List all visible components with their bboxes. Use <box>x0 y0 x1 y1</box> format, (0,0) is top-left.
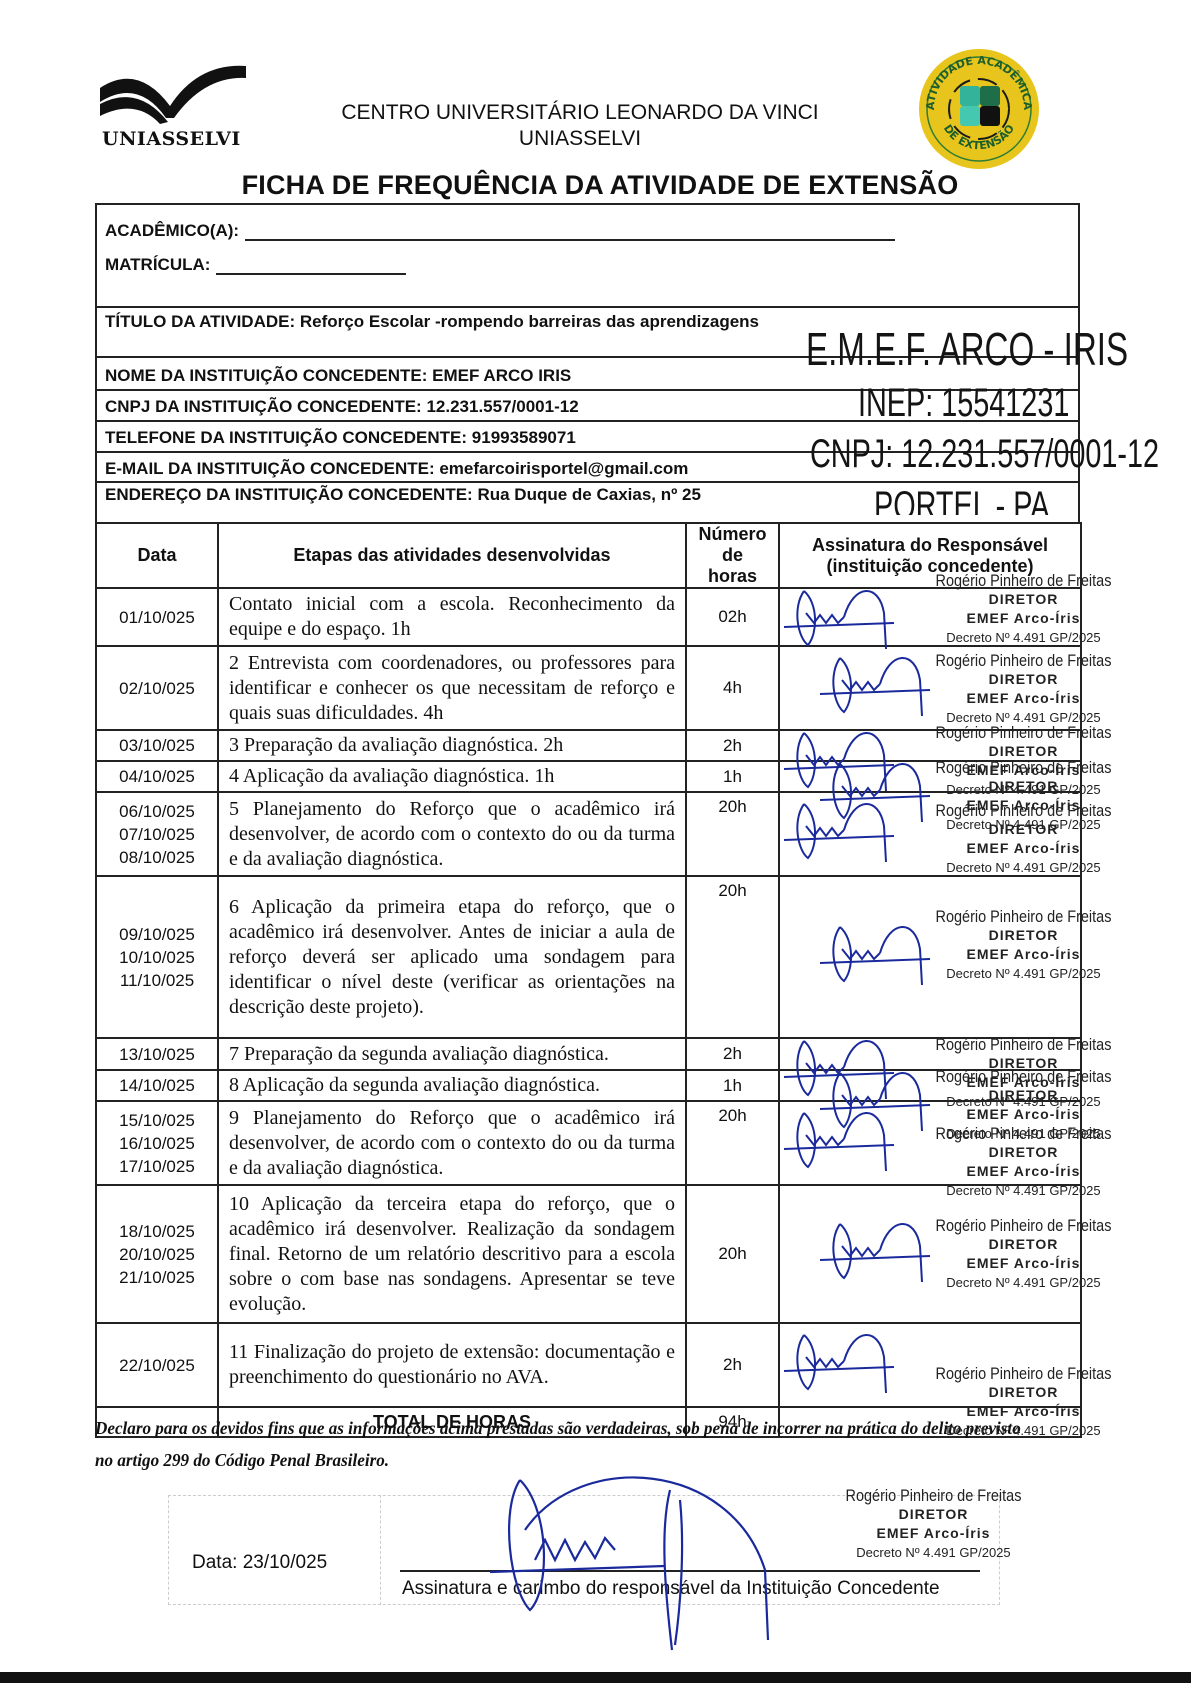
row-date: 15/10/025 <box>105 1109 209 1132</box>
director-stamp: Rogério Pinheiro de FreitasDIRETOREMEF A… <box>920 1216 1127 1292</box>
row-description: 8 Aplicação da segunda avaliação diagnós… <box>218 1070 686 1101</box>
stamp-school: EMEF Arco-Íris <box>920 609 1127 628</box>
table-row: 06/10/02507/10/02508/10/0255 Planejament… <box>96 792 1081 876</box>
stamp-role: DIRETOR <box>920 1086 1127 1105</box>
row-hours: 2h <box>686 1038 779 1070</box>
row-date: 03/10/025 <box>105 734 209 757</box>
stamp-name: Rogério Pinheiro de Freitas <box>936 1216 1112 1235</box>
row-hours: 1h <box>686 761 779 792</box>
logo-text: UNIASSELVI <box>102 128 241 150</box>
stamp-role: DIRETOR <box>920 590 1127 609</box>
signature-scribble <box>784 583 934 653</box>
row-description: Contato inicial com a escola. Reconhecim… <box>218 588 686 646</box>
row-signature-cell: Rogério Pinheiro de FreitasDIRETOREMEF A… <box>779 761 1081 792</box>
row-hours: 20h <box>686 1101 779 1185</box>
declaration-text: Declaro para os devidos fins que as info… <box>95 1412 1036 1476</box>
form-title: FICHA DE FREQUÊNCIA DA ATIVIDADE DE EXTE… <box>100 170 1100 201</box>
stamp-decree: Decreto Nº 4.491 GP/2025 <box>920 964 1127 983</box>
stamp-name: Rogério Pinheiro de Freitas <box>936 723 1112 742</box>
row-dates: 03/10/025 <box>96 730 218 761</box>
row-date: 08/10/025 <box>105 846 209 869</box>
uniasselvi-logo: UNIASSELVI <box>98 58 268 158</box>
institution-line-1: CENTRO UNIVERSITÁRIO LEONARDO DA VINCI <box>300 100 860 126</box>
row-signature-cell: Rogério Pinheiro de FreitasDIRETOREMEF A… <box>779 1070 1081 1101</box>
stamp-role: DIRETOR <box>830 1505 1037 1524</box>
email-label: E-MAIL DA INSTITUIÇÃO CONCEDENTE: <box>105 459 435 478</box>
row-hours: 1h <box>686 1070 779 1101</box>
row-date: 22/10/025 <box>105 1354 209 1377</box>
row-hours: 2h <box>686 730 779 761</box>
stamp-role: DIRETOR <box>920 1235 1127 1254</box>
row-hours: 20h <box>686 876 779 1038</box>
stamp-school: EMEF Arco-Íris <box>920 1105 1127 1124</box>
stamp-school: EMEF Arco-Íris <box>920 839 1127 858</box>
stamp-name: Rogério Pinheiro de Freitas <box>936 1364 1112 1383</box>
cnpj-value: 12.231.557/0001-12 <box>426 397 578 416</box>
stamp-role: DIRETOR <box>920 670 1127 689</box>
row-date: 16/10/025 <box>105 1132 209 1155</box>
row-description: 6 Aplicação da primeira etapa do reforço… <box>218 876 686 1038</box>
stamp-school: EMEF Arco-Íris <box>920 945 1127 964</box>
academic-label: ACADÊMICO(A): <box>105 221 239 240</box>
row-date: 21/10/025 <box>105 1266 209 1289</box>
director-stamp: Rogério Pinheiro de FreitasDIRETOREMEF A… <box>920 801 1127 877</box>
row-dates: 15/10/02516/10/02517/10/025 <box>96 1101 218 1185</box>
stamp-school: EMEF Arco-Íris <box>920 1402 1127 1421</box>
row-dates: 18/10/02520/10/02521/10/025 <box>96 1185 218 1323</box>
institution-line-2: UNIASSELVI <box>300 126 860 152</box>
row-dates: 13/10/025 <box>96 1038 218 1070</box>
signature-scribble <box>784 1105 934 1175</box>
row-signature-cell: Rogério Pinheiro de FreitasDIRETOREMEF A… <box>779 1185 1081 1323</box>
table-row: 02/10/0252 Entrevista com coordenadores,… <box>96 646 1081 730</box>
director-stamp: Rogério Pinheiro de FreitasDIRETOREMEF A… <box>920 571 1127 647</box>
director-stamp: Rogério Pinheiro de FreitasDIRETOREMEF A… <box>920 907 1127 983</box>
row-date: 18/10/025 <box>105 1220 209 1243</box>
academic-input[interactable] <box>245 221 895 241</box>
address-label: ENDEREÇO DA INSTITUIÇÃO CONCEDENTE: <box>105 485 473 504</box>
stamp-decree: Decreto Nº 4.491 GP/2025 <box>830 1543 1037 1562</box>
row-dates: 06/10/02507/10/02508/10/025 <box>96 792 218 876</box>
registration-label: MATRÍCULA: <box>105 255 210 274</box>
row-description: 11 Finalização do projeto de extensão: d… <box>218 1323 686 1407</box>
bird-wings-icon <box>98 58 248 128</box>
stamp-decree: Decreto Nº 4.491 GP/2025 <box>920 858 1127 877</box>
row-description: 9 Planejamento do Reforço que o acadêmic… <box>218 1101 686 1185</box>
footer-date: Data: 23/10/025 <box>192 1552 327 1574</box>
stamp-decree: Decreto Nº 4.491 GP/2025 <box>920 1273 1127 1292</box>
stamp-name: Rogério Pinheiro de Freitas <box>936 1035 1112 1054</box>
signature-scribble <box>784 796 934 866</box>
row-dates: 09/10/02510/10/02511/10/025 <box>96 876 218 1038</box>
extension-activity-badge: ATIVIDADE ACADÊMICA DE EXTENSÃO <box>916 46 1042 172</box>
stamp-name: Rogério Pinheiro de Freitas <box>936 758 1112 777</box>
row-description: 2 Entrevista com coordenadores, ou profe… <box>218 646 686 730</box>
student-section: ACADÊMICO(A): MATRÍCULA: <box>95 203 1080 306</box>
header-date: Data <box>96 523 218 588</box>
row-date: 07/10/025 <box>105 823 209 846</box>
table-row: 14/10/0258 Aplicação da segunda avaliaçã… <box>96 1070 1081 1101</box>
stamp-school: EMEF Arco-Íris <box>920 1254 1127 1273</box>
registration-field: MATRÍCULA: <box>105 255 406 275</box>
row-date: 02/10/025 <box>105 677 209 700</box>
school-stamp-line-3: CNPJ: 12.231.557/0001-12 <box>810 432 1159 477</box>
stamp-name: Rogério Pinheiro de Freitas <box>936 1124 1112 1143</box>
table-row: 22/10/02511 Finalização do projeto de ex… <box>96 1323 1081 1407</box>
stamp-name: Rogério Pinheiro de Freitas <box>936 801 1112 820</box>
stamp-school: EMEF Arco-Íris <box>920 689 1127 708</box>
row-signature-cell: Rogério Pinheiro de FreitasDIRETOREMEF A… <box>779 646 1081 730</box>
director-stamp: Rogério Pinheiro de FreitasDIRETOREMEF A… <box>920 651 1127 727</box>
row-hours: 2h <box>686 1323 779 1407</box>
row-date: 20/10/025 <box>105 1243 209 1266</box>
cnpj-label: CNPJ DA INSTITUIÇÃO CONCEDENTE: <box>105 397 422 416</box>
stamp-role: DIRETOR <box>920 926 1127 945</box>
row-date: 01/10/025 <box>105 606 209 629</box>
row-signature-cell: Rogério Pinheiro de FreitasDIRETOREMEF A… <box>779 792 1081 876</box>
stamp-decree: Decreto Nº 4.491 GP/2025 <box>920 1181 1127 1200</box>
stamp-school: EMEF Arco-Íris <box>920 1162 1127 1181</box>
table-row: 01/10/025Contato inicial com a escola. R… <box>96 588 1081 646</box>
stamp-name: Rogério Pinheiro de Freitas <box>936 651 1112 670</box>
address-value: Rua Duque de Caxias, nº 25 <box>477 485 701 504</box>
row-signature-cell: Rogério Pinheiro de FreitasDIRETOREMEF A… <box>779 588 1081 646</box>
stamp-name: Rogério Pinheiro de Freitas <box>936 1067 1112 1086</box>
row-date: 14/10/025 <box>105 1074 209 1097</box>
row-dates: 22/10/025 <box>96 1323 218 1407</box>
stamp-name: Rogério Pinheiro de Freitas <box>936 571 1112 590</box>
stamp-role: DIRETOR <box>920 777 1127 796</box>
row-description: 7 Preparação da segunda avaliação diagnó… <box>218 1038 686 1070</box>
row-date: 06/10/025 <box>105 800 209 823</box>
row-dates: 01/10/025 <box>96 588 218 646</box>
row-hours: 20h <box>686 792 779 876</box>
email-value: emefarcoirisportel@gmail.com <box>439 459 688 478</box>
row-signature-cell: Rogério Pinheiro de FreitasDIRETOREMEF A… <box>779 1323 1081 1407</box>
page-bottom-border <box>0 1672 1191 1683</box>
school-stamp-line-2: INEP: 15541231 <box>858 381 1069 426</box>
row-description: 5 Planejamento do Reforço que o acadêmic… <box>218 792 686 876</box>
school-stamp-line-1: E.M.E.F. ARCO - IRIS <box>806 322 1128 376</box>
row-date: 13/10/025 <box>105 1043 209 1066</box>
stamp-role: DIRETOR <box>920 1143 1127 1162</box>
table-row: 18/10/02520/10/02521/10/02510 Aplicação … <box>96 1185 1081 1323</box>
director-stamp: Rogério Pinheiro de FreitasDIRETOREMEF A… <box>920 1364 1127 1440</box>
phone-label: TELEFONE DA INSTITUIÇÃO CONCEDENTE: <box>105 428 467 447</box>
row-date: 04/10/025 <box>105 765 209 788</box>
row-date: 17/10/025 <box>105 1155 209 1178</box>
row-date: 11/10/025 <box>105 969 209 992</box>
stamp-school: EMEF Arco-Íris <box>830 1524 1037 1543</box>
academic-field: ACADÊMICO(A): <box>105 221 895 241</box>
row-description: 3 Preparação da avaliação diagnóstica. 2… <box>218 730 686 761</box>
header-hours: Número de horas <box>686 523 779 588</box>
activity-title-label: TÍTULO DA ATIVIDADE: <box>105 312 295 331</box>
stamp-name: Rogério Pinheiro de Freitas <box>846 1486 1022 1505</box>
table-row: 03/10/0253 Preparação da avaliação diagn… <box>96 730 1081 761</box>
row-dates: 02/10/025 <box>96 646 218 730</box>
table-row: 13/10/0257 Preparação da segunda avaliaç… <box>96 1038 1081 1070</box>
row-date: 10/10/025 <box>105 946 209 969</box>
footer-divider <box>380 1495 381 1605</box>
row-signature-cell: Rogério Pinheiro de FreitasDIRETOREMEF A… <box>779 876 1081 1038</box>
row-dates: 14/10/025 <box>96 1070 218 1101</box>
table-row: 04/10/0254 Aplicação da avaliação diagnó… <box>96 761 1081 792</box>
row-dates: 04/10/025 <box>96 761 218 792</box>
row-description: 4 Aplicação da avaliação diagnóstica. 1h <box>218 761 686 792</box>
stamp-decree: Decreto Nº 4.491 GP/2025 <box>920 628 1127 647</box>
attendance-table: Data Etapas das atividades desenvolvidas… <box>95 522 1082 1438</box>
row-date: 09/10/025 <box>105 923 209 946</box>
final-signature-scribble <box>490 1470 810 1660</box>
row-hours: 20h <box>686 1185 779 1323</box>
row-description: 10 Aplicação da terceira etapa do reforç… <box>218 1185 686 1323</box>
table-row: 09/10/02510/10/02511/10/0256 Aplicação d… <box>96 876 1081 1038</box>
institution-name-label: NOME DA INSTITUIÇÃO CONCEDENTE: <box>105 366 427 385</box>
final-director-stamp: Rogério Pinheiro de Freitas DIRETOR EMEF… <box>830 1486 1037 1562</box>
institution-name-value: EMEF ARCO IRIS <box>432 366 571 385</box>
registration-input[interactable] <box>216 255 406 275</box>
stamp-name: Rogério Pinheiro de Freitas <box>936 907 1112 926</box>
row-hours: 02h <box>686 588 779 646</box>
header-steps: Etapas das atividades desenvolvidas <box>218 523 686 588</box>
row-hours: 4h <box>686 646 779 730</box>
institution-name: CENTRO UNIVERSITÁRIO LEONARDO DA VINCI U… <box>300 100 860 152</box>
stamp-decree: Decreto Nº 4.491 GP/2025 <box>920 1421 1127 1440</box>
signature-scribble <box>784 1327 934 1397</box>
phone-value: 91993589071 <box>472 428 576 447</box>
stamp-role: DIRETOR <box>920 1383 1127 1402</box>
director-stamp: Rogério Pinheiro de FreitasDIRETOREMEF A… <box>920 1124 1127 1200</box>
stamp-role: DIRETOR <box>920 820 1127 839</box>
puzzle-badge-icon: ATIVIDADE ACADÊMICA DE EXTENSÃO <box>916 46 1042 172</box>
activity-title-value: Reforço Escolar -rompendo barreiras das … <box>300 312 759 331</box>
